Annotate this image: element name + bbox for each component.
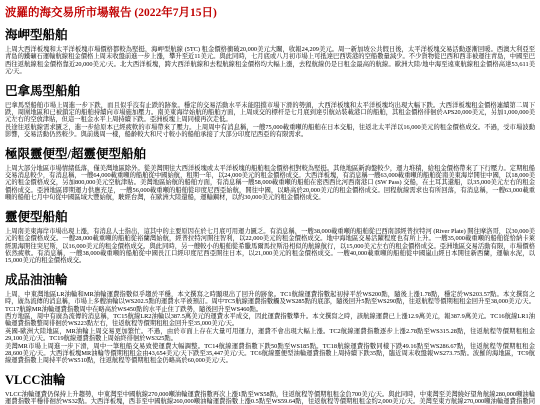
vlcc-paragraph: VLCC油輪運費仍保持上升趨勢，中東灣至中國航線270,000噸油輪運費指數再次… (5, 391, 535, 405)
clean-products-paragraph-4: 美灣MR市場上周進一步下滑，周中一筆租船交易致使運費大幅調整。TC14航線運費指… (5, 343, 535, 365)
capesize-paragraph: 上周大西洋板塊和太平洋板塊市場價格都較為堅挺，海岬型航線 (5TC) 租金價格衝… (5, 46, 535, 76)
section-ultramax-supramax: 極限靈便型/超靈便型船舶 上周大部分地區市場情緒低落，僅美灣地區除外。從美灣開往… (5, 148, 535, 202)
ultramax-supramax-heading: 極限靈便型/超靈便型船舶 (5, 148, 535, 161)
panamax-paragraph-1: 巴拿馬型船舶市場上周進一步下跌，而且似乎沒有止跌的跡象。穩定的交易活動水平未能阻… (5, 102, 535, 124)
panamax-heading: 巴拿馬型船舶 (5, 85, 535, 98)
section-vlcc: VLCC油輪 VLCC油輪運費仍保持上升趨勢，中東灣至中國航線270,000噸油… (5, 374, 535, 405)
panamax-paragraph-2: 長途往返航線需求匱乏，進一步給原本已經疲軟的市場帶來了壓力。上周周中有消息稱，一… (5, 124, 535, 139)
capesize-heading: 海岬型船舶 (5, 29, 535, 42)
handysize-heading: 靈便型船舶 (5, 211, 535, 224)
section-handysize: 靈便型船舶 上周南美東海岸市場出現上漲，有消息人士指出，這其中的主要原因在於七月… (5, 211, 535, 265)
handysize-paragraph: 上周南美東海岸市場出現上漲，有消息人士指出，這其中的主要原因在於七月底可用運力匱… (5, 228, 535, 265)
section-capesize: 海岬型船舶 上周大西洋板塊和太平洋板塊市場價格都較為堅挺，海岬型航線 (5TC)… (5, 29, 535, 76)
clean-products-paragraph-1: 上周，中東灣地區LR油輪和MR油輪運費指數似乎趨於平穩，本文撰寫之時顯現出了回升… (5, 291, 535, 313)
report-title: 波羅的海交易所市場報告 (2022年7月15日) (5, 7, 535, 20)
vlcc-heading: VLCC油輪 (5, 374, 535, 387)
clean-products-paragraph-3: 英國-歐洲大陸地區，MR油輪上周交易更加繁忙。不過，由於市面上存在大量可用運力，… (5, 328, 535, 343)
section-clean-products: 成品油油輪 上周，中東灣地區LR油輪和MR油輪運費指數似乎趨於平穩，本文撰寫之時… (5, 274, 535, 365)
section-panamax: 巴拿馬型船舶 巴拿馬型船舶市場上周進一步下跌，而且似乎沒有止跌的跡象。穩定的交易… (5, 85, 535, 139)
market-report-page: 波羅的海交易所市場報告 (2022年7月15日) 海岬型船舶 上周大西洋板塊和太… (0, 0, 540, 405)
ultramax-supramax-paragraph: 上周大部分地區市場情緒低落，僅美灣地區除外。從美灣開往大西洋板塊或太平洋板塊的船… (5, 165, 535, 202)
clean-products-heading: 成品油油輪 (5, 274, 535, 287)
clean-products-paragraph-2: 西方地區，周中有廣為流傳的消息稱，TC15航線LR2油輪以387.5萬美元的運費… (5, 313, 535, 328)
